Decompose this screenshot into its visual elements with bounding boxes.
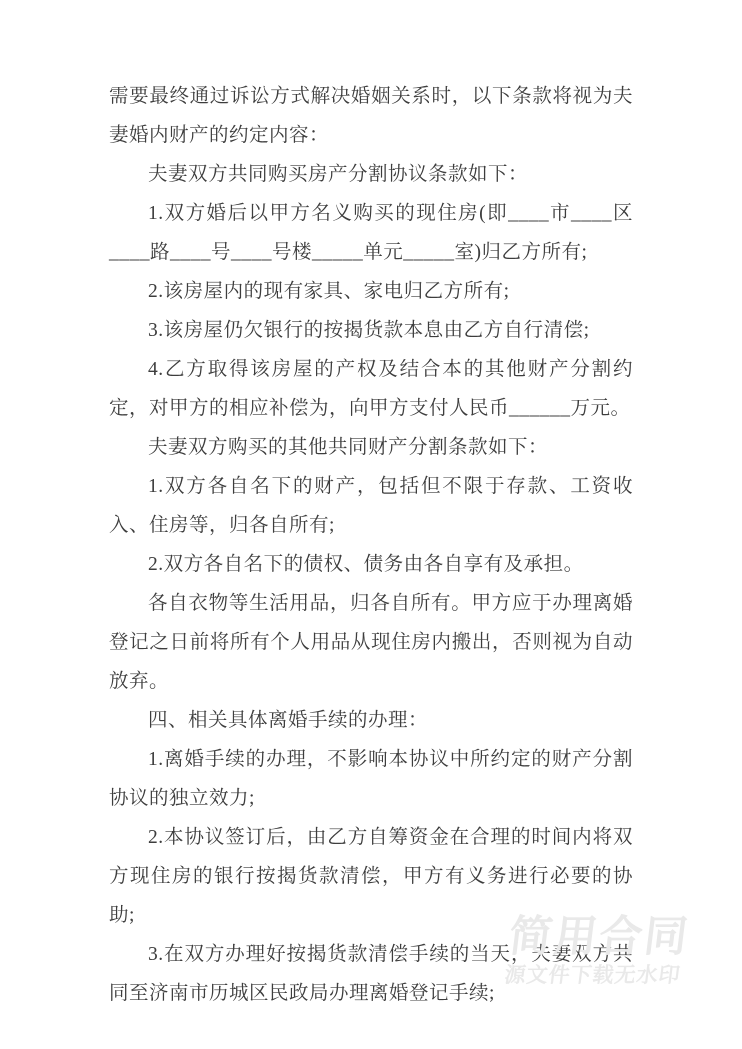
paragraph: 夫妻双方购买的其他共同财产分割条款如下：: [109, 428, 633, 467]
document-page: 需要最终通过诉讼方式解决婚姻关系时，以下条款将视为夫妻婚内财产的约定内容： 夫妻…: [0, 0, 742, 1049]
paragraph: 四、相关具体离婚手续的办理：: [109, 701, 633, 740]
paragraph: 4.乙方取得该房屋的产权及结合本的其他财产分割约定，对甲方的相应补偿为，向甲方支…: [109, 350, 633, 428]
paragraph: 夫妻双方共同购买房产分割协议条款如下：: [109, 155, 633, 194]
watermark-tagline-text: 源文件下载无水印: [503, 964, 686, 988]
paragraph: 需要最终通过诉讼方式解决婚姻关系时，以下条款将视为夫妻婚内财产的约定内容：: [109, 77, 633, 155]
paragraph: 2.双方各自名下的债权、债务由各自享有及承担。: [109, 545, 633, 584]
paragraph: 3.该房屋仍欠银行的按揭货款本息由乙方自行清偿;: [109, 311, 633, 350]
paragraph: 各自衣物等生活用品，归各自所有。甲方应于办理离婚登记之日前将所有个人用品从现住房…: [109, 584, 633, 701]
watermark-brand-text: 简用合同: [506, 914, 692, 960]
document-body: 需要最终通过诉讼方式解决婚姻关系时，以下条款将视为夫妻婚内财产的约定内容： 夫妻…: [109, 77, 633, 1013]
paragraph: 1.离婚手续的办理，不影响本协议中所约定的财产分割协议的独立效力;: [109, 740, 633, 818]
paragraph: 2.该房屋内的现有家具、家电归乙方所有;: [109, 272, 633, 311]
paragraph: 1.双方各自名下的财产，包括但不限于存款、工资收入、住房等，归各自所有;: [109, 467, 633, 545]
paragraph: 1.双方婚后以甲方名义购买的现住房(即____市____区____路____号_…: [109, 194, 633, 272]
watermark: 简用合同 源文件下载无水印: [503, 914, 692, 988]
